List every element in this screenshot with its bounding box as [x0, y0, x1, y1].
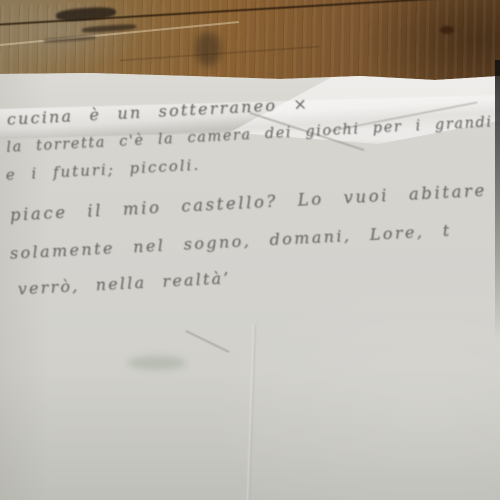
handwritten-line-1: cucina è un sotterraneo ×	[6, 94, 309, 129]
paper-edge-shadow	[495, 60, 500, 340]
letter-paper: cucina è un sotterraneo × la torretta c'…	[0, 66, 500, 500]
handwritten-line-4: piace il mio castello? Lo vuoi abitare c…	[9, 176, 500, 225]
handwritten-text: cucina è un sotterraneo × la torretta c'…	[0, 40, 500, 500]
wood-smudge	[195, 32, 221, 66]
wood-knot	[440, 26, 454, 34]
photo-scene: cucina è un sotterraneo × la torretta c'…	[0, 0, 500, 500]
handwritten-line-6: verrò, nella realtà’	[17, 268, 231, 298]
handwritten-line-3: e i futuri; piccoli.	[5, 156, 200, 184]
handwritten-line-5: solamente nel sogno, domani, Lore, t	[9, 221, 452, 263]
